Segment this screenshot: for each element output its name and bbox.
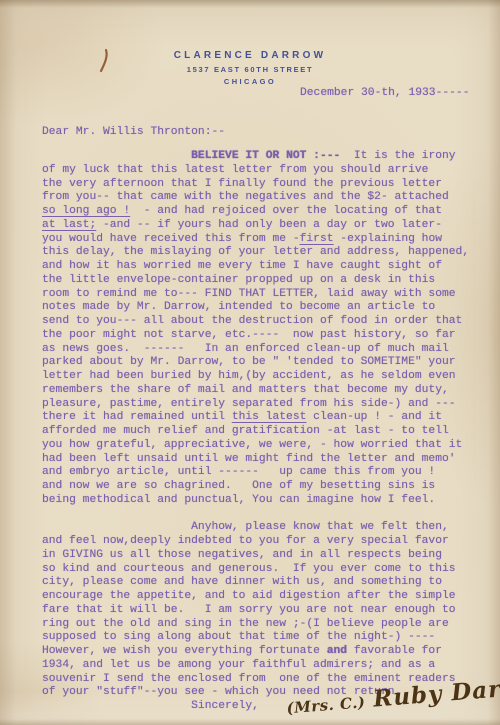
letter-line: and how it has worried me every time I h…: [42, 260, 492, 274]
letterhead-name: CLARENCE DARROW: [0, 50, 500, 61]
letter-line: parked about by Mr. Darrow, to be " 'ten…: [42, 356, 492, 370]
letter-line: being methodical and punctual, You can i…: [42, 494, 492, 508]
letter-line: there it had remained until this latest …: [42, 411, 492, 425]
letter-line: and feel now,deeply indebted to you for …: [42, 535, 492, 549]
letter-line: and now we are so chagrined. One of my b…: [42, 480, 492, 494]
letter-line: so long ago ! - and had rejoiced over th…: [42, 205, 492, 219]
letter-line: and embryo article, until ------ up came…: [42, 466, 492, 480]
letter-line: ring out the old and sing in the new ;-(…: [42, 618, 492, 632]
letter-line: in GIVING us all those negatives, and in…: [42, 549, 492, 563]
salutation: Dear Mr. Willis Thronton:--: [42, 126, 225, 138]
letter-line: of my luck that this latest letter from …: [42, 164, 492, 178]
letter-line: from you-- that came with the negatives …: [42, 191, 492, 205]
letter-body: BELIEVE IT OR NOT :--- It is the ironyof…: [42, 150, 492, 714]
letter-line: fare that it will be. I am sorry you are…: [42, 604, 492, 618]
letter-line: 1934, and let us be among your faithful …: [42, 659, 492, 673]
letter-line: remembers the share of mail and matters …: [42, 384, 492, 398]
letter-line: you would have received this from me -fi…: [42, 233, 492, 247]
letter-line: the little envelope-container propped up…: [42, 274, 492, 288]
letter-line: pleasure, pastime, entirely separated fr…: [42, 398, 492, 412]
letter-line: [42, 508, 492, 522]
letter-line: the very afternoon that I finally found …: [42, 178, 492, 192]
letter-line: room to remind me to--- FIND THAT LETTER…: [42, 288, 492, 302]
letter-line: city, please come and have dinner with u…: [42, 576, 492, 590]
letter-line: BELIEVE IT OR NOT :--- It is the irony: [42, 150, 492, 164]
letter-page: CLARENCE DARROW 1537 EAST 60TH STREET CH…: [0, 0, 500, 725]
letter-line: However, we wish you everything fortunat…: [42, 645, 492, 659]
letter-line: as news goes. ------ In an enforced clea…: [42, 343, 492, 357]
letter-line: afforded me much relief and gratificatio…: [42, 425, 492, 439]
letterhead: CLARENCE DARROW 1537 EAST 60TH STREET CH…: [0, 50, 500, 86]
letter-line: encourage the appetite, and to aid diges…: [42, 590, 492, 604]
letterhead-address: 1537 EAST 60TH STREET: [0, 65, 500, 74]
letter-line: the poor might not starve, etc.---- now …: [42, 329, 492, 343]
letter-line: supposed to sing along about that time o…: [42, 631, 492, 645]
letter-line: you how grateful, appreciative, we were,…: [42, 439, 492, 453]
signature-prefix: (Mrs. C.): [286, 693, 366, 717]
letter-line: notes made by Mr. Darrow, intended to be…: [42, 301, 492, 315]
letter-line: had been left unsaid until we might find…: [42, 453, 492, 467]
letter-line: letter had been buried by him,(by accide…: [42, 370, 492, 384]
letter-line: so kind and courteous and generous. If y…: [42, 563, 492, 577]
letter-line: Anyhow, please know that we felt then,: [42, 521, 492, 535]
letterhead-city: CHICAGO: [0, 77, 500, 86]
letter-line: this delay, the mislaying of your letter…: [42, 246, 492, 260]
letter-line: at last; -and -- if yours had only been …: [42, 219, 492, 233]
letter-line: send to you--- all about the destruction…: [42, 315, 492, 329]
date-line: December 30-th, 1933-----: [300, 87, 469, 99]
